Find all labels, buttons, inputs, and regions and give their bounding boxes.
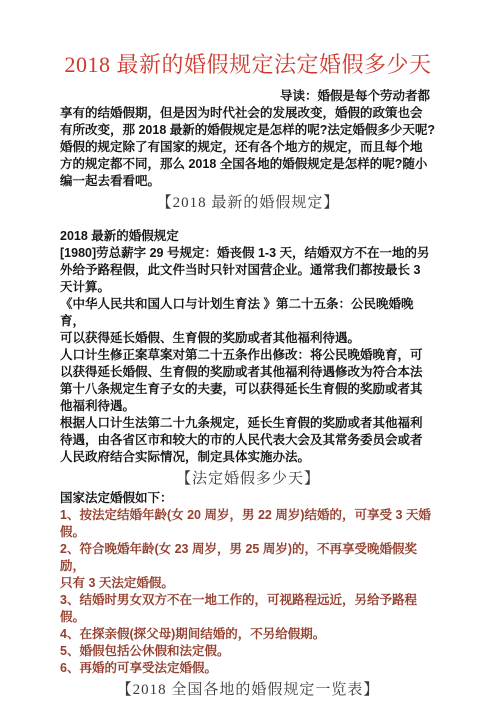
body-paragraph-article-29: 根据人口计生法第二十九条规定，延长生育假的奖励或者其他福利 待遇，由各省区市和较… [60,415,436,466]
body-paragraph-amendment-draft: 人口计生修正案草案对第二十五条作出修改：将公民晚婚晚育，可 以获得延长婚假、生育… [60,347,436,415]
section-header-national-table: 【2018 全国各地的婚假规定一览表】 [60,679,436,701]
body-paragraph-1980-rule: [1980]劳总薪字 29 号规定：婚丧假 1-3 天，结婚双方不在一地的另 外… [60,245,436,296]
legal-item-5: 5、婚假包括公休假和法定假。 [60,643,436,660]
article-subtitle: 2018 最新的婚假规定 [60,228,436,245]
list-lead: 国家法定婚假如下： [60,490,436,507]
section-header-latest-rules: 【2018 最新的婚假规定】 [60,192,436,214]
legal-item-1: 1、按法定结婚年龄(女 20 周岁，男 22 周岁)结婚的，可享受 3 天婚 假… [60,507,436,541]
section-header-how-many-days: 【法定婚假多少天】 [60,468,436,490]
document-page: 2018 最新的婚假规定法定婚假多少天 导读：婚假是每个劳动者都 享有的结婚假期… [0,0,496,702]
legal-item-2: 2、符合晚婚年龄(女 23 周岁，男 25 周岁)的，不再享受晚婚假奖励， 只有… [60,541,436,592]
legal-item-4: 4、在探亲假(探父母)期间结婚的，不另给假期。 [60,626,436,643]
body-paragraph-family-planning-law: 《中华人民共和国人口与计划生育法 》第二十五条：公民晚婚晚育， 可以获得延长婚假… [60,296,436,347]
content-area: 导读：婚假是每个劳动者都 享有的结婚假期，但是因为时代社会的发展改变，婚假的政策… [0,88,496,701]
legal-item-6: 6、再婚的可享受法定婚假。 [60,660,436,677]
legal-item-3: 3、结婚时男女双方不在一地工作的，可视路程远近，另给予路程假。 [60,592,436,626]
article-title: 2018 最新的婚假规定法定婚假多少天 [0,50,496,80]
intro-paragraph: 导读：婚假是每个劳动者都 享有的结婚假期，但是因为时代社会的发展改变，婚假的政策… [60,88,436,190]
